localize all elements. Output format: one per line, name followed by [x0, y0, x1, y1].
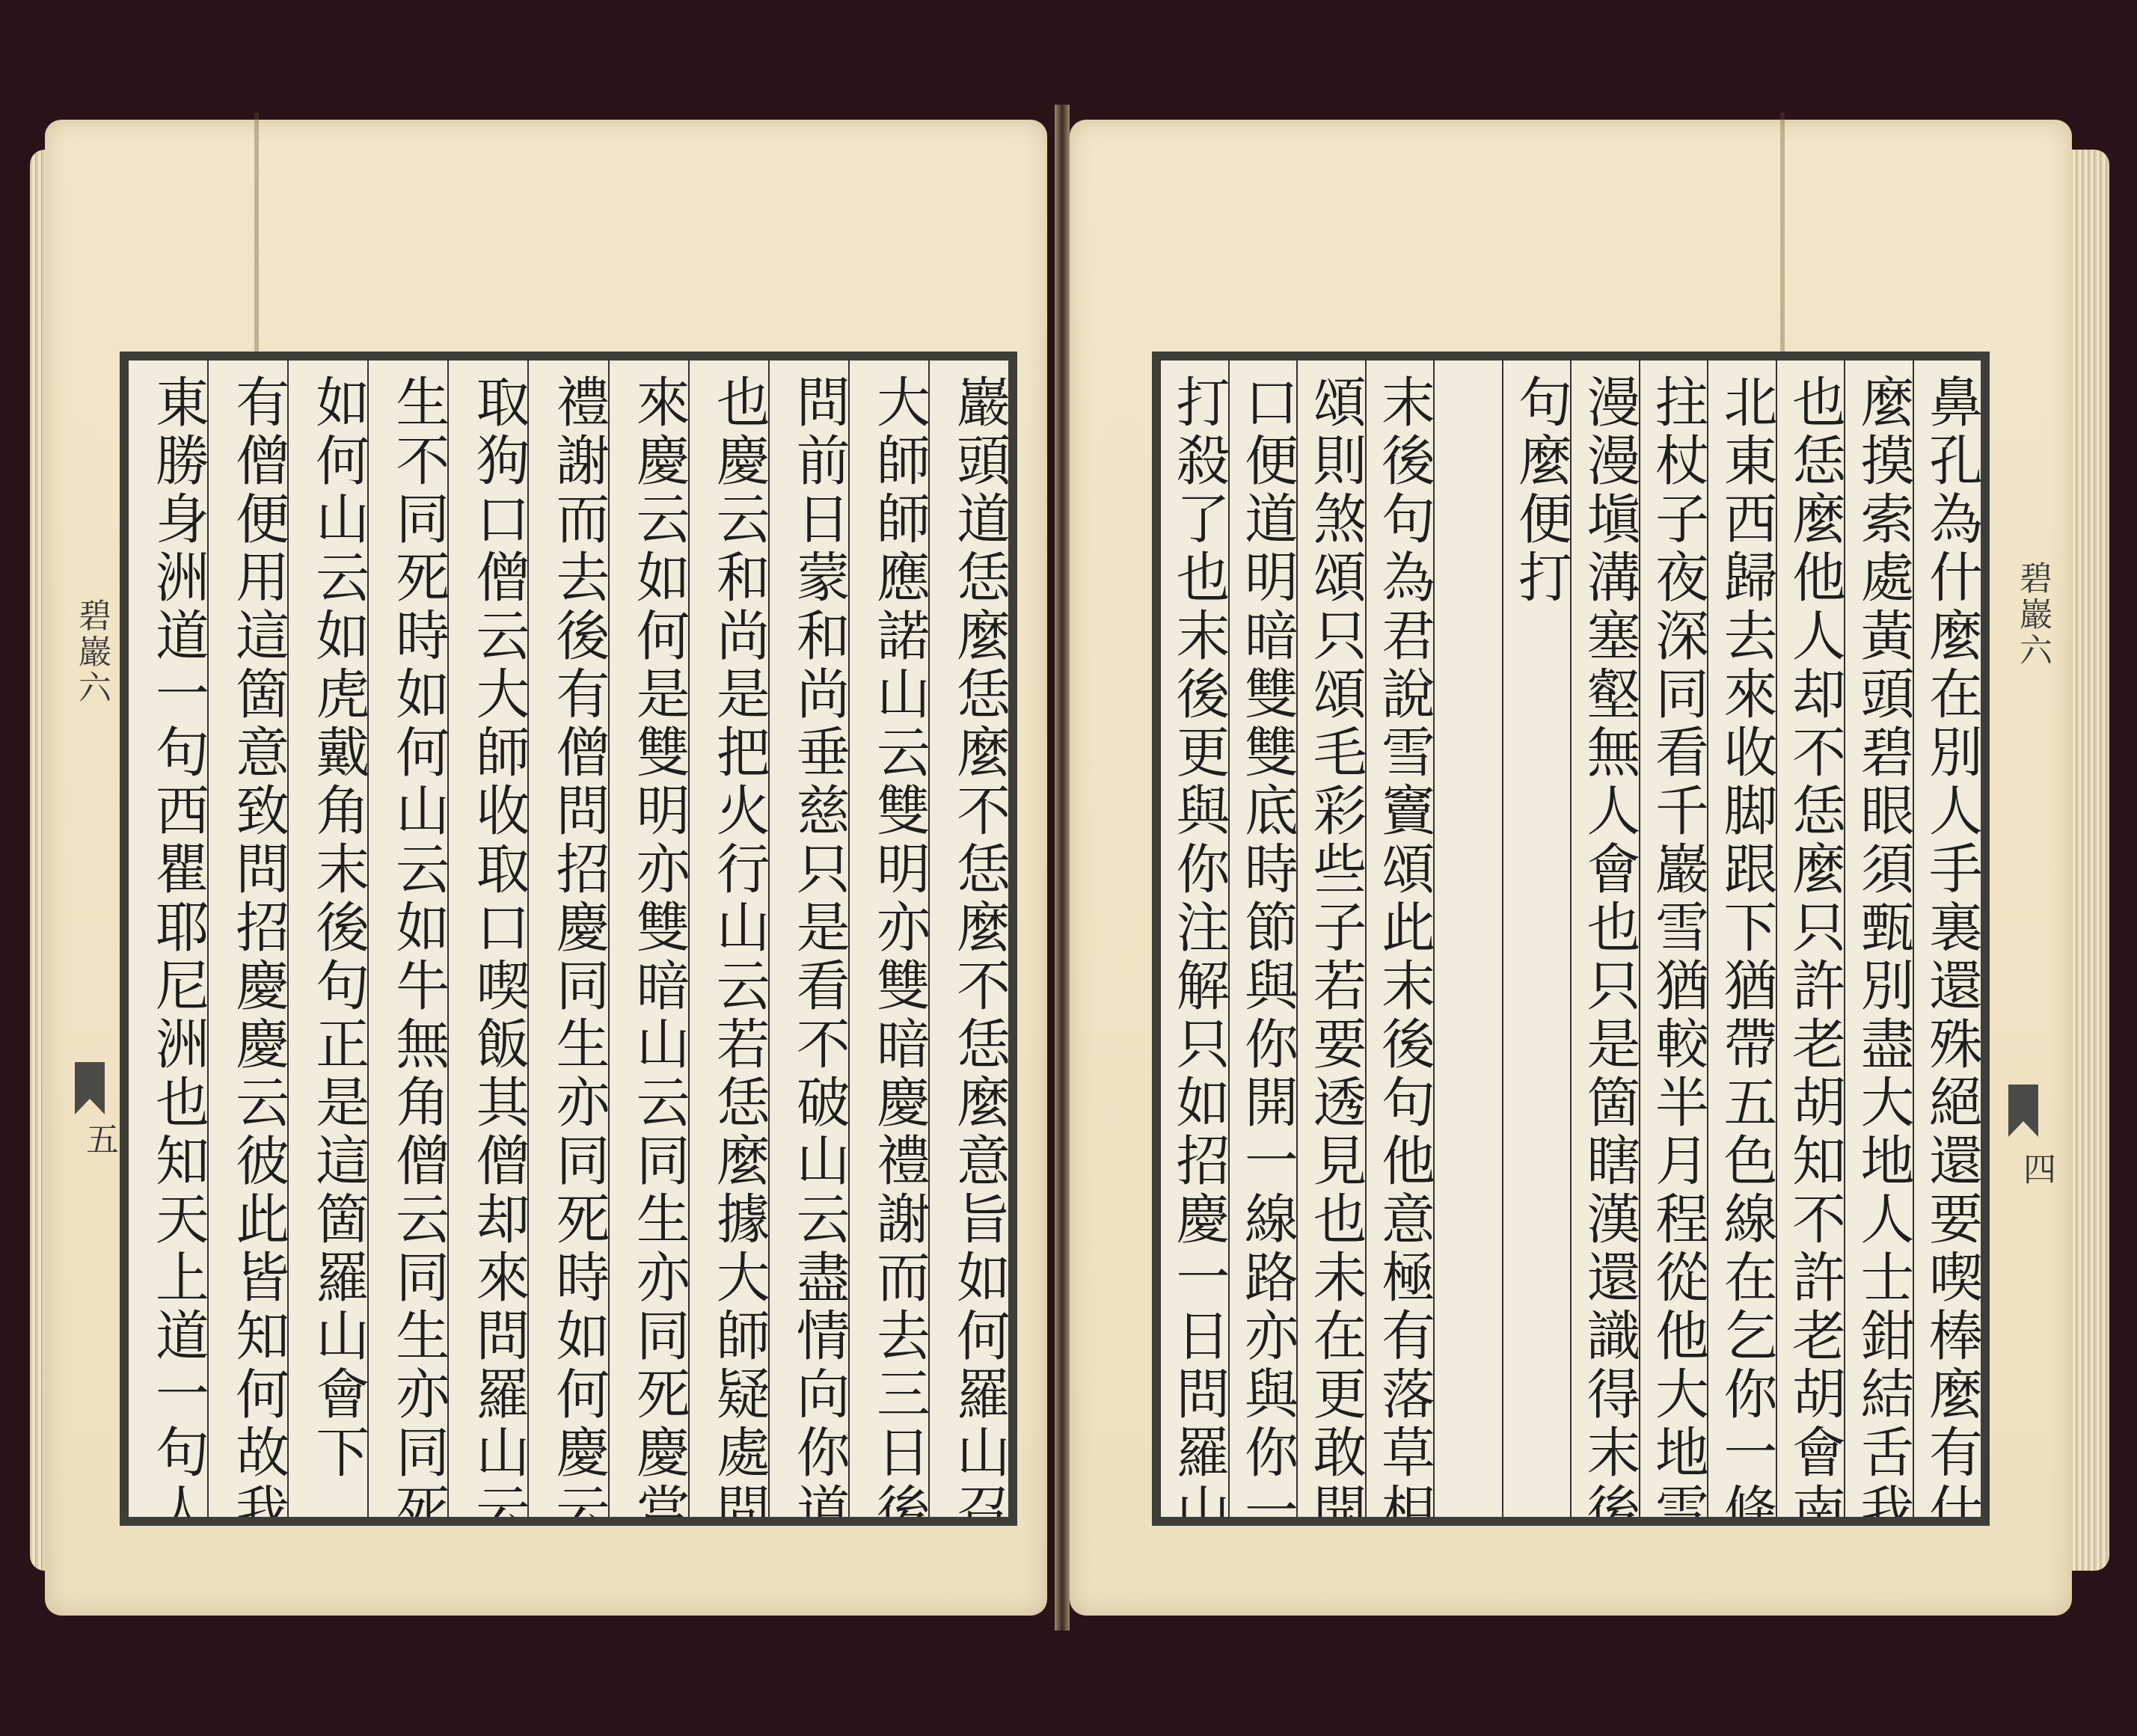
text-column: 末後句為君說雪竇頌此末後句他意極有落草相為 — [1365, 361, 1434, 1517]
left-page: 碧巖六 五 巖頭道恁麼恁麼不恁麼不恁麼意旨如何羅山召云 大師師應諾山云雙明亦雙暗… — [45, 120, 1047, 1616]
right-margin-title: 碧巖六 — [2008, 561, 2056, 669]
text-column: 來慶云如何是雙明亦雙暗山云同生亦同死慶當時 — [608, 361, 688, 1517]
text-column: 取狗口僧云大師收取口喫飯其僧却來問羅山云同 — [447, 361, 527, 1517]
text-column: 巖頭道恁麼恁麼不恁麼不恁麼意旨如何羅山召云 — [928, 361, 1008, 1517]
text-column: 生不同死時如何山云如牛無角僧云同生亦同死時 — [367, 361, 447, 1517]
left-margin-title: 碧巖六 — [67, 598, 115, 706]
right-page: 碧巖六 四 鼻孔為什麼在別人手裏還殊絕還要喫棒麼有什 麼摸索處黃頭碧眼須甄別盡大… — [1070, 120, 2072, 1616]
right-text-columns: 鼻孔為什麼在別人手裏還殊絕還要喫棒麼有什 麼摸索處黃頭碧眼須甄別盡大地人士鉗結舌… — [1161, 361, 1981, 1517]
text-column: 如何山云如虎戴角末後句正是這箇羅山會下 — [287, 361, 367, 1517]
text-column: 也慶云和尚是把火行山云若恁麼據大師疑處問將 — [688, 361, 768, 1517]
text-column: 麼摸索處黃頭碧眼須甄別盡大地人士鉗結舌我 — [1844, 361, 1913, 1517]
blank-column — [1433, 361, 1502, 1517]
paper-crease — [1780, 112, 1785, 381]
left-text-frame: 巖頭道恁麼恁麼不恁麼不恁麼意旨如何羅山召云 大師師應諾山云雙明亦雙暗慶禮謝而去三… — [120, 352, 1017, 1526]
text-column: 有僧便用這箇意致問招慶慶云彼此皆知何故我若 — [207, 361, 287, 1517]
text-column: 鼻孔為什麼在別人手裏還殊絕還要喫棒麼有什 — [1913, 361, 1981, 1517]
text-column: 東勝身洲道一句西瞿耶尼洲也知天上道一句人間 — [129, 361, 207, 1517]
text-column: 也恁麼他人却不恁麼只許老胡知不許老胡會南 — [1776, 361, 1845, 1517]
fishtail-marker — [75, 1062, 105, 1114]
right-page-number: 四 — [2012, 1152, 2060, 1185]
text-column: 北東西歸去來收脚跟下猶帶五色線在乞你一條 — [1707, 361, 1776, 1517]
text-column: 拄杖子夜深同看千巖雪猶較半月程從他大地雪 — [1639, 361, 1708, 1517]
text-column: 大師師應諾山云雙明亦雙暗慶禮謝而去三日後又 — [848, 361, 928, 1517]
text-column: 打殺了也末後更與你注解只如招慶一日問羅山云 — [1161, 361, 1228, 1517]
right-text-frame: 鼻孔為什麼在別人手裏還殊絕還要喫棒麼有什 麼摸索處黃頭碧眼須甄別盡大地人士鉗結舌… — [1152, 352, 1990, 1526]
book-gutter — [1055, 105, 1070, 1631]
left-text-columns: 巖頭道恁麼恁麼不恁麼不恁麼意旨如何羅山召云 大師師應諾山云雙明亦雙暗慶禮謝而去三… — [129, 361, 1008, 1517]
text-column: 漫漫塡溝塞壑無人會也只是箇瞎漢還識得末後 — [1570, 361, 1639, 1517]
text-column: 頌則煞頌只頌毛彩些子若要透見也未在更敢開大 — [1296, 361, 1365, 1517]
fishtail-marker — [2008, 1085, 2038, 1137]
text-column: 問前日蒙和尚垂慈只是看不破山云盡情向你道了 — [768, 361, 848, 1517]
text-column: 句麼便打 — [1502, 361, 1571, 1517]
text-column: 口便道明暗雙雙底時節與你開一線路亦與你一句 — [1228, 361, 1297, 1517]
paper-crease — [254, 112, 259, 381]
open-book: 碧巖六 五 巖頭道恁麼恁麼不恁麼不恁麼意旨如何羅山召云 大師師應諾山云雙明亦雙暗… — [30, 120, 2094, 1616]
left-page-number: 五 — [75, 1122, 123, 1155]
text-column: 禮謝而去後有僧問招慶同生亦同死時如何慶云合 — [527, 361, 607, 1517]
